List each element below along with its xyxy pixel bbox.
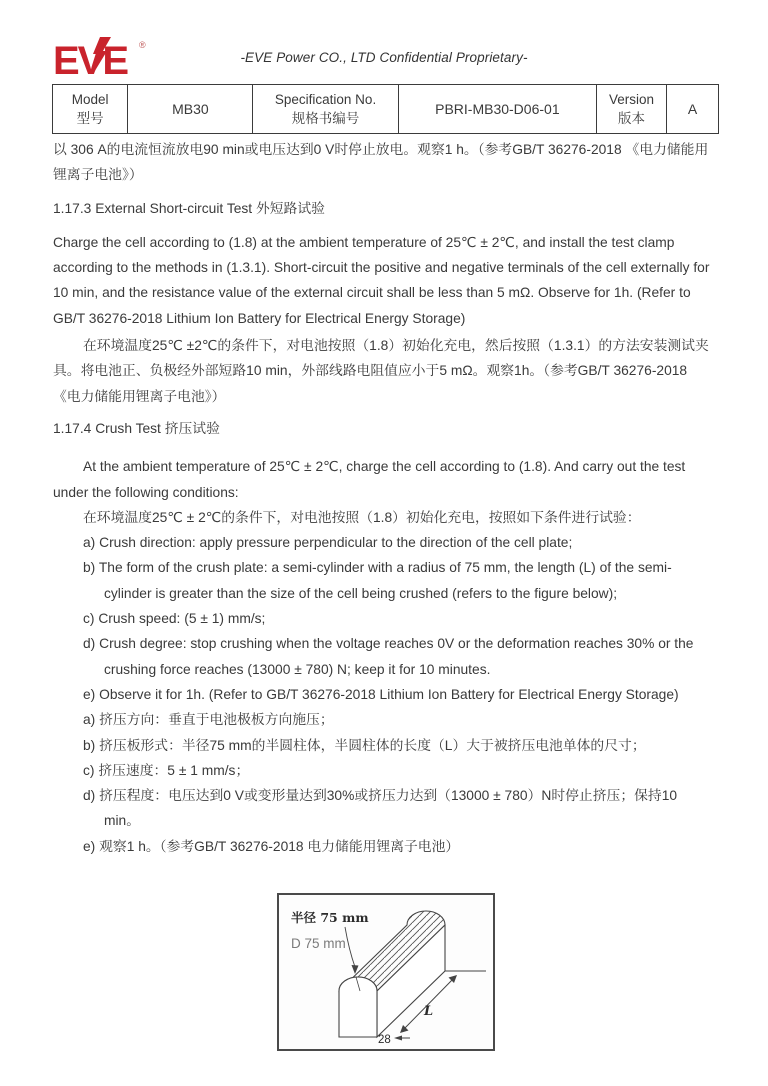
list-item-crush-zh-e: e) 观察1 h。（参考GB/T 36276-2018 电力储能用锂离子电池） [53, 834, 715, 859]
model-label-cell: Model 型号 [53, 85, 128, 134]
paragraph-discharge: 以 306 A的电流恒流放电90 min或电压达到0 V时停止放电。观察1 h。… [53, 137, 715, 188]
radius-leader-line [345, 927, 355, 967]
confidential-header-text: -EVE Power CO., LTD Confidential Proprie… [0, 50, 768, 65]
width-arrowhead-icon [394, 1036, 402, 1041]
paragraph-short-circuit-en: Charge the cell according to (1.8) at th… [53, 230, 715, 331]
semi-cylinder-diagram: 半径 75 mm D 75 mm L 28 [279, 895, 493, 1049]
model-label-zh: 型号 [55, 109, 125, 129]
spec-info-table: Model 型号 MB30 Specification No. 规格书编号 PB… [52, 84, 719, 134]
paragraph-short-circuit-zh: 在环境温度25℃ ±2℃的条件下，对电池按照（1.8）初始化充电，然后按照（1.… [53, 333, 715, 409]
list-item-crush-zh-a: a) 挤压方向：垂直于电池极板方向施压； [53, 707, 715, 732]
version-label-zh: 版本 [599, 109, 664, 129]
spec-no-label-zh: 规格书编号 [255, 109, 395, 129]
list-item-crush-en-e: e) Observe it for 1h. (Refer to GB/T 362… [53, 682, 715, 707]
table-row: Model 型号 MB30 Specification No. 规格书编号 PB… [53, 85, 719, 134]
list-item-crush-en-b: b) The form of the crush plate: a semi-c… [53, 555, 715, 606]
paragraph-crush-intro-zh: 在环境温度25℃ ± 2℃的条件下，对电池按照（1.8）初始化充电，按照如下条件… [53, 505, 715, 530]
list-item-crush-zh-c: c) 挤压速度：5 ± 1 mm/s； [53, 758, 715, 783]
list-item-crush-en-a: a) Crush direction: apply pressure perpe… [53, 530, 715, 555]
list-item-crush-zh-b: b) 挤压板形式：半径75 mm的半圆柱体，半圆柱体的长度（L）大于被挤压电池单… [53, 733, 715, 758]
radius-label: 半径 75 mm [291, 910, 369, 925]
model-label-en: Model [55, 90, 125, 109]
document-body: 以 306 A的电流恒流放电90 min或电压达到0 V时停止放电。观察1 h。… [53, 137, 715, 859]
width-label: 28 [378, 1034, 391, 1046]
list-item-crush-en-d: d) Crush degree: stop crushing when the … [53, 631, 715, 682]
version-label-en: Version [599, 90, 664, 109]
spec-no-label-cell: Specification No. 规格书编号 [253, 85, 398, 134]
paragraph-crush-intro-en: At the ambient temperature of 25℃ ± 2℃, … [53, 454, 715, 505]
registered-trademark-icon: ® [139, 40, 146, 50]
section-heading-1173: 1.17.3 External Short-circuit Test 外短路试验 [53, 196, 715, 221]
version-label-cell: Version 版本 [597, 85, 667, 134]
spec-no-value-cell: PBRI-MB30-D06-01 [398, 85, 596, 134]
version-value-cell: A [667, 85, 719, 134]
list-item-crush-zh-d: d) 挤压程度：电压达到0 V或变形量达到30%或挤压力达到（13000 ± 7… [53, 783, 715, 834]
list-item-crush-en-c: c) Crush speed: (5 ± 1) mm/s; [53, 606, 715, 631]
length-label: L [423, 1004, 433, 1019]
section-heading-1174: 1.17.4 Crush Test 挤压试验 [53, 416, 715, 441]
spec-document-page: EVE ® -EVE Power CO., LTD Confidential P… [0, 0, 768, 1086]
spec-no-label-en: Specification No. [255, 90, 395, 109]
diameter-label: D 75 mm [291, 936, 346, 951]
model-value-cell: MB30 [128, 85, 253, 134]
crush-plate-figure: 半径 75 mm D 75 mm L 28 [277, 893, 495, 1051]
front-face [339, 977, 377, 1037]
